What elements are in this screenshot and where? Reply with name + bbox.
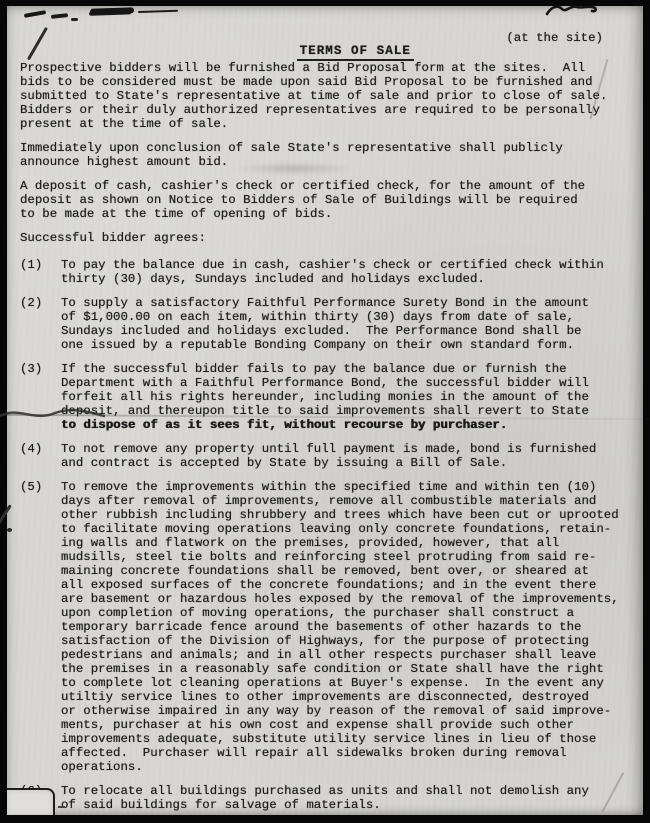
- term-item-2: (2) To supply a satisfactory Faithful Pe…: [20, 296, 631, 352]
- item-number: (3): [20, 362, 61, 432]
- item-number: (1): [20, 258, 61, 286]
- item-text: If the successful bidder fails to pay th…: [61, 362, 631, 432]
- item-text: To relocate all buildings purchased as u…: [61, 784, 631, 812]
- scanned-document-page: TERMS OF SALE (at the site) Prospective …: [0, 0, 650, 823]
- item-text-main: If the successful bidder fails to pay th…: [61, 362, 589, 418]
- term-item-1: (1) To pay the balance due in cash, cash…: [20, 258, 631, 286]
- item-number: (5): [20, 480, 61, 774]
- item-number: (2): [20, 296, 61, 352]
- location-note: (at the site): [506, 31, 603, 45]
- term-item-6: (6) To relocate all buildings purchased …: [20, 784, 631, 812]
- paper-sheet: TERMS OF SALE (at the site) Prospective …: [7, 6, 643, 815]
- term-item-3: (3) If the successful bidder fails to pa…: [20, 362, 631, 432]
- item-text: To supply a satisfactory Faithful Perfor…: [61, 296, 631, 352]
- item-number: (4): [20, 442, 61, 470]
- term-item-4: (4) To not remove any property until ful…: [20, 442, 631, 470]
- item-text: To pay the balance due in cash, cashier'…: [61, 258, 631, 286]
- item-text: To not remove any property until full pa…: [61, 442, 631, 470]
- item-number: (6): [20, 784, 61, 812]
- paragraph-deposit: A deposit of cash, cashier's check or ce…: [20, 179, 631, 221]
- paragraph-announce-bid: Immediately upon conclusion of sale Stat…: [20, 141, 631, 169]
- page-title: TERMS OF SALE: [297, 44, 414, 61]
- document-content: TERMS OF SALE (at the site) Prospective …: [7, 6, 643, 815]
- term-item-5: (5) To remove the improvements within th…: [20, 480, 631, 774]
- agrees-heading: Successful bidder agrees:: [20, 231, 631, 245]
- item-text: To remove the improvements within the sp…: [61, 480, 631, 774]
- item-text-overstruck: to dispose of as it sees fit, without re…: [61, 418, 507, 432]
- title-row: TERMS OF SALE (at the site): [20, 30, 631, 47]
